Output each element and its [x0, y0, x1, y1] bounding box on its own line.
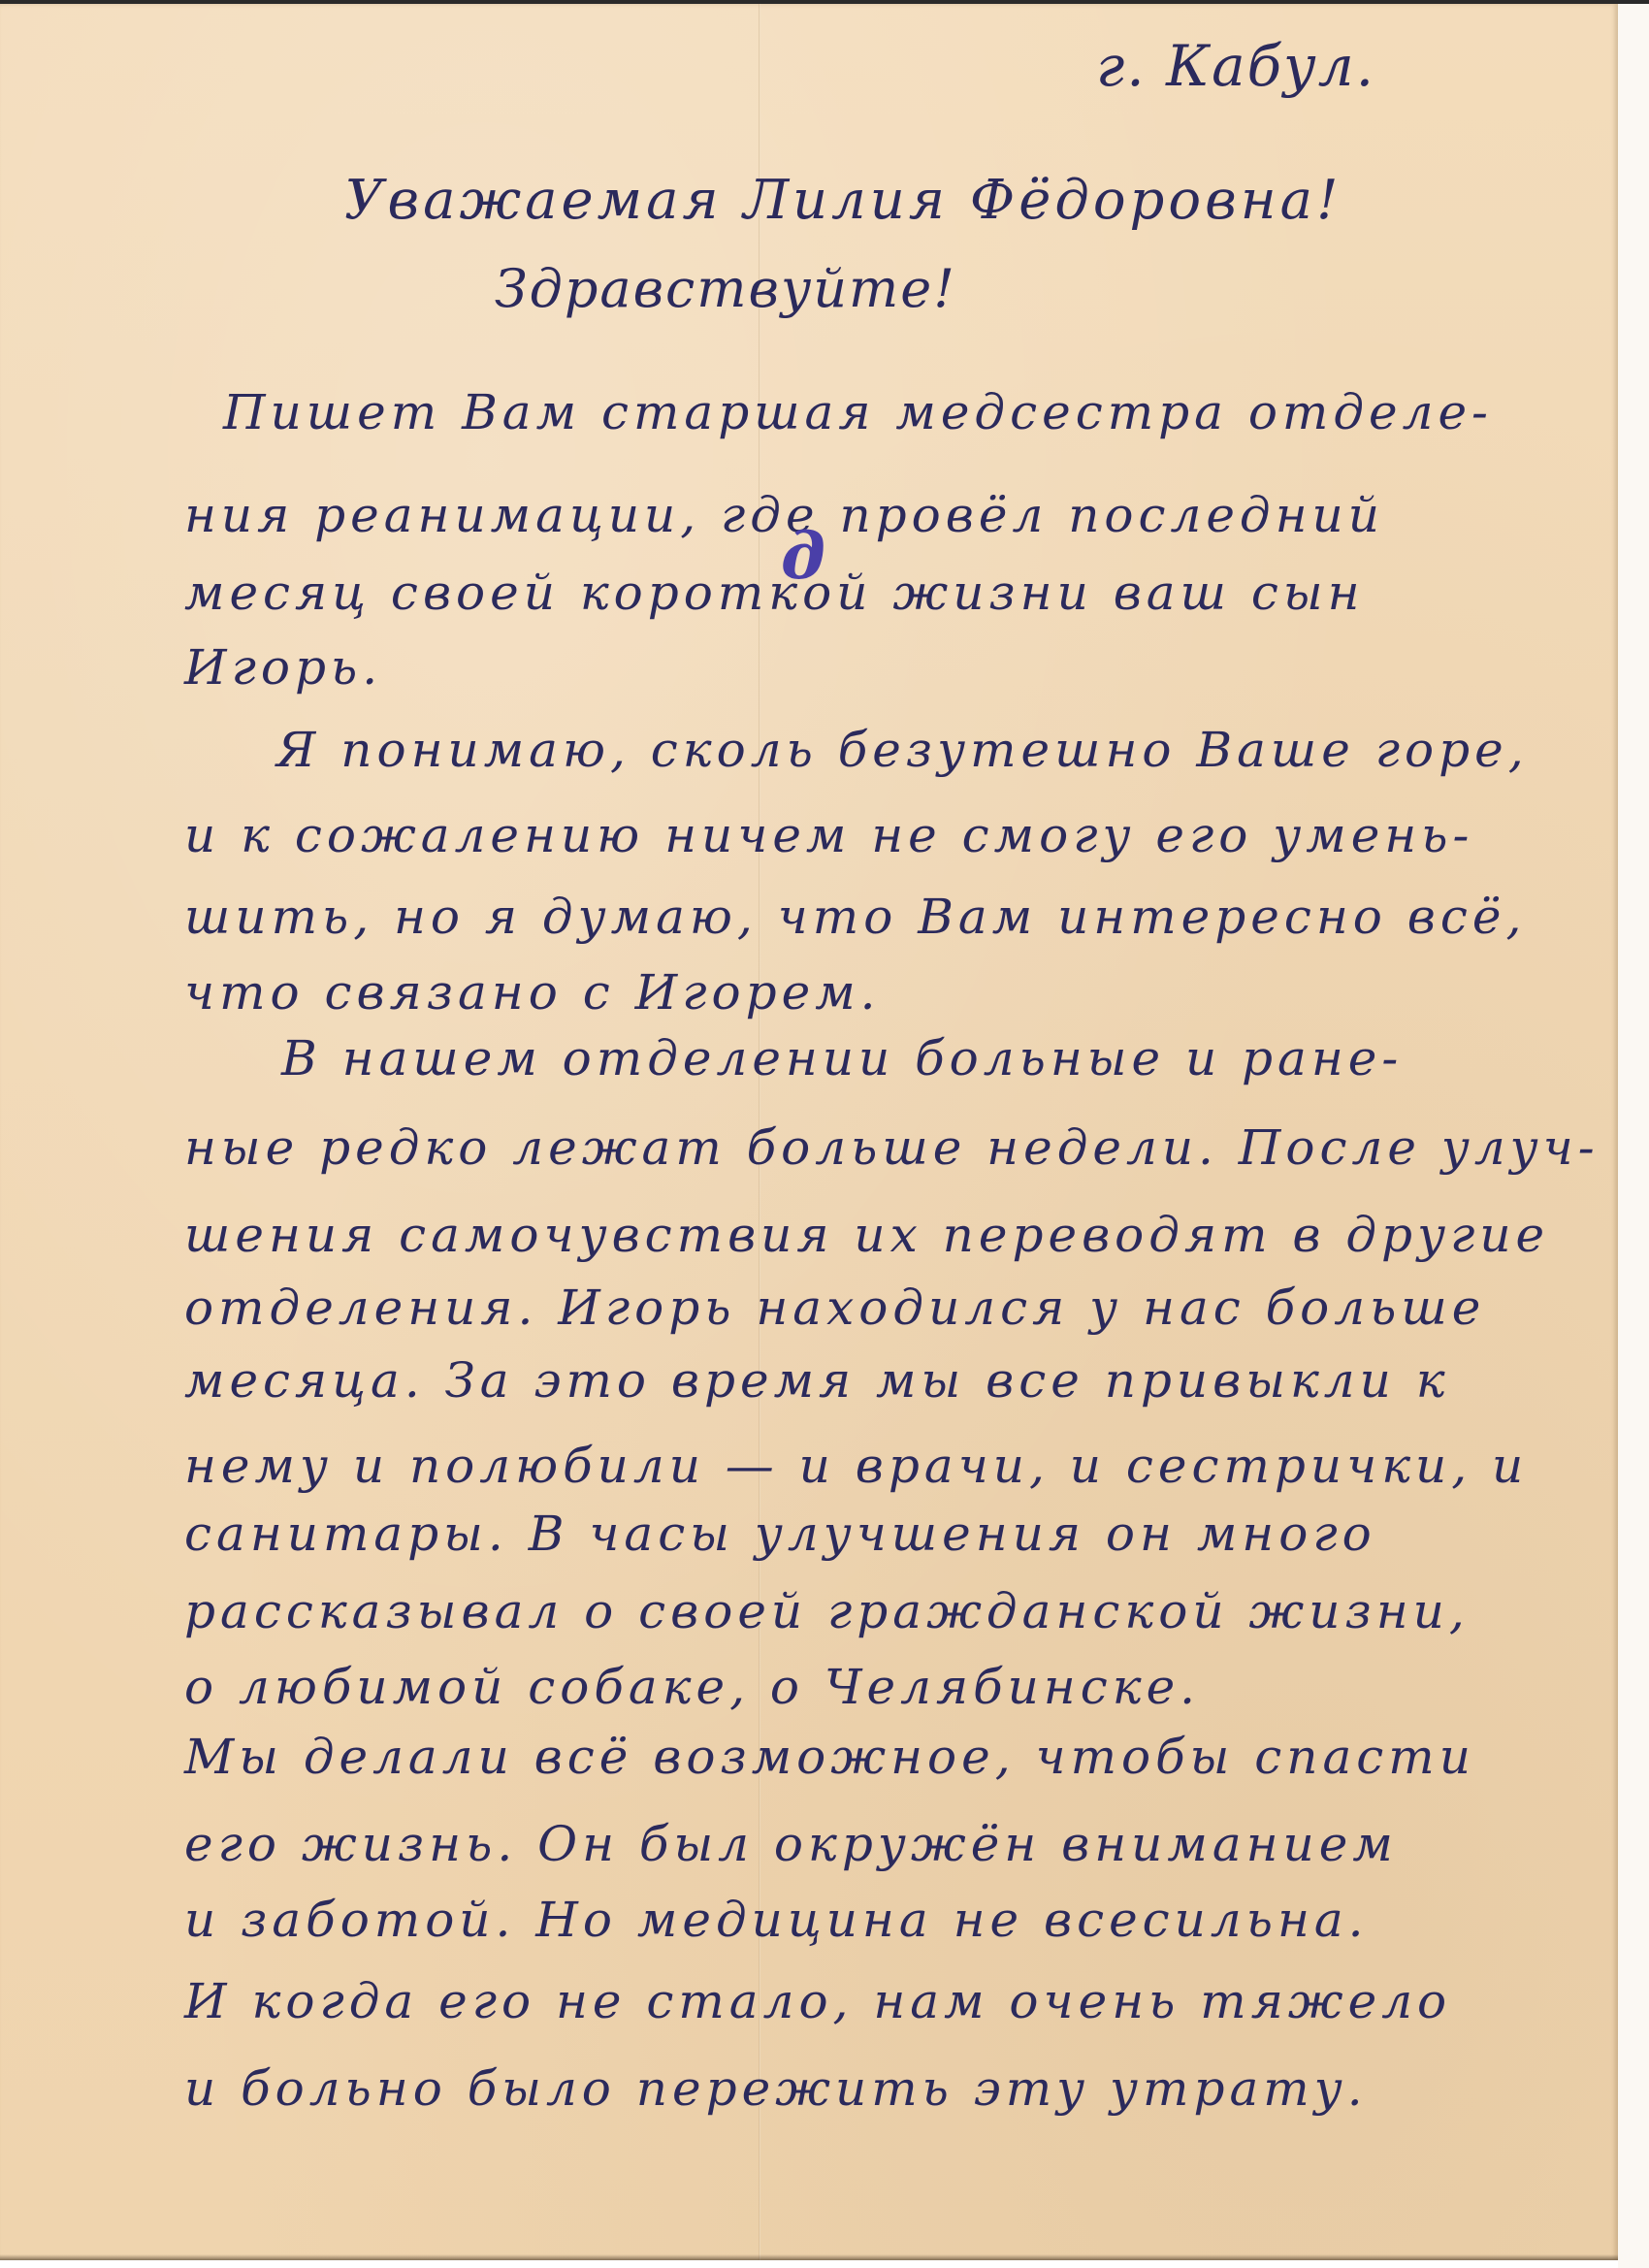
letter-line: В нашем отделении больные и ране-	[281, 1030, 1403, 1086]
letter-line: Я понимаю, сколь безутешно Ваше горе,	[276, 722, 1529, 778]
letter-line: И когда его не стало, нам очень тяжело	[184, 1973, 1451, 2029]
letter-line: месяца. За это время мы все привыкли к	[184, 1352, 1450, 1409]
letter-line: отделения. Игорь находился у нас больше	[184, 1280, 1485, 1336]
letter-line: его жизнь. Он был окружён вниманием	[184, 1816, 1398, 1872]
letter-line: ные редко лежат больше недели. После улу…	[184, 1119, 1600, 1176]
letter-line: месяц своей короткой жизни ваш сын	[184, 565, 1365, 621]
letter-line: шения самочувствия их переводят в другие	[184, 1207, 1549, 1263]
letter-line: и заботой. Но медицина не всесильна.	[184, 1892, 1369, 1948]
letter-line: санитары. В часы улучшения он много	[184, 1506, 1376, 1562]
scan-bottom-shadow	[0, 2254, 1618, 2260]
letter-greeting: Здравствуйте!	[495, 258, 956, 319]
letter-salutation: Уважаемая Лилия Фёдоровна!	[344, 169, 1342, 232]
letter-line: и больно было пережить эту утрату.	[184, 2060, 1368, 2117]
letter-line: что связано с Игорем.	[184, 964, 881, 1021]
letter-line: шить, но я думаю, что Вам интересно всё,	[184, 889, 1526, 945]
letter-place: г. Кабул.	[1096, 33, 1375, 99]
letter-line: Пишет Вам старшая медсестра отделе-	[223, 384, 1493, 440]
ink-correction-mark: д	[781, 518, 825, 594]
letter-line: и к сожалению ничем не смогу его умень-	[184, 807, 1473, 863]
letter-page: г. Кабул. Уважаемая Лилия Фёдоровна! Здр…	[0, 4, 1618, 2260]
letter-line: Игорь.	[184, 639, 382, 696]
letter-line: нему и полюбили — и врачи, и сестрички, …	[184, 1438, 1528, 1494]
letter-line: Мы делали всё возможное, чтобы спасти	[184, 1729, 1475, 1785]
scanner-margin	[1618, 4, 1649, 2268]
letter-line: о любимой собаке, о Челябинске.	[184, 1659, 1200, 1715]
letter-line: рассказывал о своей гражданской жизни,	[184, 1583, 1470, 1639]
